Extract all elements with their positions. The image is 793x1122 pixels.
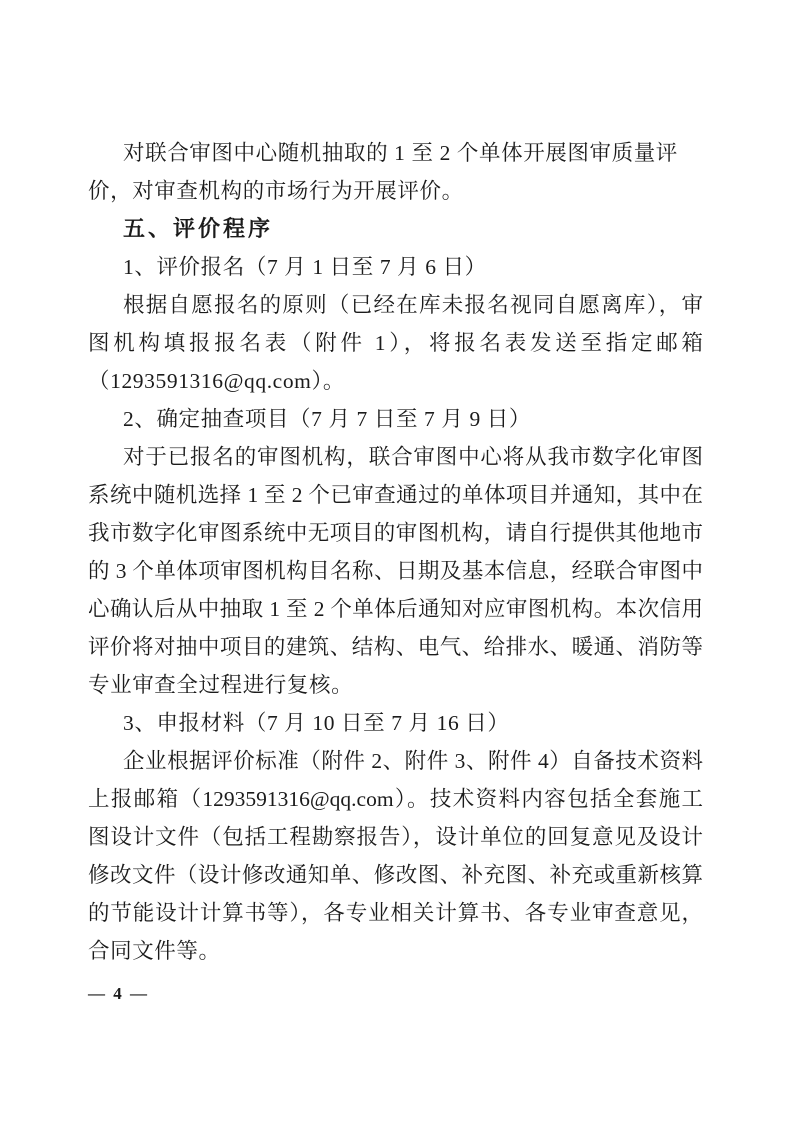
para-sampling-line-3: 我市数字化审图系统中无项目的审图机构，请自行提供其他地市 bbox=[88, 514, 703, 552]
para-sampling-line-4: 的 3 个单体项审图机构目名称、日期及基本信息，经联合审图中 bbox=[88, 552, 703, 590]
item-2-title: 2、确定抽查项目（7 月 7 日至 7 月 9 日） bbox=[88, 400, 703, 438]
para-sampling-line-2: 系统中随机选择 1 至 2 个已审查通过的单体项目并通知，其中在 bbox=[88, 476, 703, 514]
para-signup-line-1: 根据自愿报名的原则（已经在库未报名视同自愿离库），审 bbox=[88, 286, 703, 324]
item-1-title: 1、评价报名（7 月 1 日至 7 月 6 日） bbox=[88, 248, 703, 286]
para-materials-line-3: 图设计文件（包括工程勘察报告），设计单位的回复意见及设计 bbox=[88, 818, 703, 856]
document-page: 对联合审图中心随机抽取的 1 至 2 个单体开展图审质量评 价，对审查机构的市场… bbox=[0, 0, 793, 1122]
para-sampling-line-5: 心确认后从中抽取 1 至 2 个单体后通知对应审图机构。本次信用 bbox=[88, 590, 703, 628]
para-sampling-line-1: 对于已报名的审图机构，联合审图中心将从我市数字化审图 bbox=[88, 438, 703, 476]
para-materials-line-4: 修改文件（设计修改通知单、修改图、补充图、补充或重新核算 bbox=[88, 856, 703, 894]
document-body: 对联合审图中心随机抽取的 1 至 2 个单体开展图审质量评 价，对审查机构的市场… bbox=[88, 134, 703, 970]
para-signup-line-2: 图机构填报报名表（附件 1），将报名表发送至指定邮箱 bbox=[88, 324, 703, 362]
para-materials-line-1: 企业根据评价标准（附件 2、附件 3、附件 4）自备技术资料 bbox=[88, 742, 703, 780]
para-sampling-line-7: 专业审查全过程进行复核。 bbox=[88, 666, 703, 704]
para-quality-eval-line-1: 对联合审图中心随机抽取的 1 至 2 个单体开展图审质量评 bbox=[88, 134, 703, 172]
item-3-title: 3、申报材料（7 月 10 日至 7 月 16 日） bbox=[88, 704, 703, 742]
section-heading: 五、评价程序 bbox=[88, 210, 703, 248]
para-signup-email-line: （1293591316@qq.com）。 bbox=[88, 362, 703, 400]
para-quality-eval-line-2: 价，对审查机构的市场行为开展评价。 bbox=[88, 172, 703, 210]
para-materials-line-5: 的节能设计计算书等），各专业相关计算书、各专业审查意见， bbox=[88, 894, 703, 932]
para-materials-line-6: 合同文件等。 bbox=[88, 932, 703, 970]
para-materials-line-2: 上报邮箱（1293591316@qq.com）。技术资料内容包括全套施工 bbox=[88, 780, 703, 818]
page-number: — 4 — bbox=[88, 982, 149, 1006]
para-sampling-line-6: 评价将对抽中项目的建筑、结构、电气、给排水、暖通、消防等 bbox=[88, 628, 703, 666]
